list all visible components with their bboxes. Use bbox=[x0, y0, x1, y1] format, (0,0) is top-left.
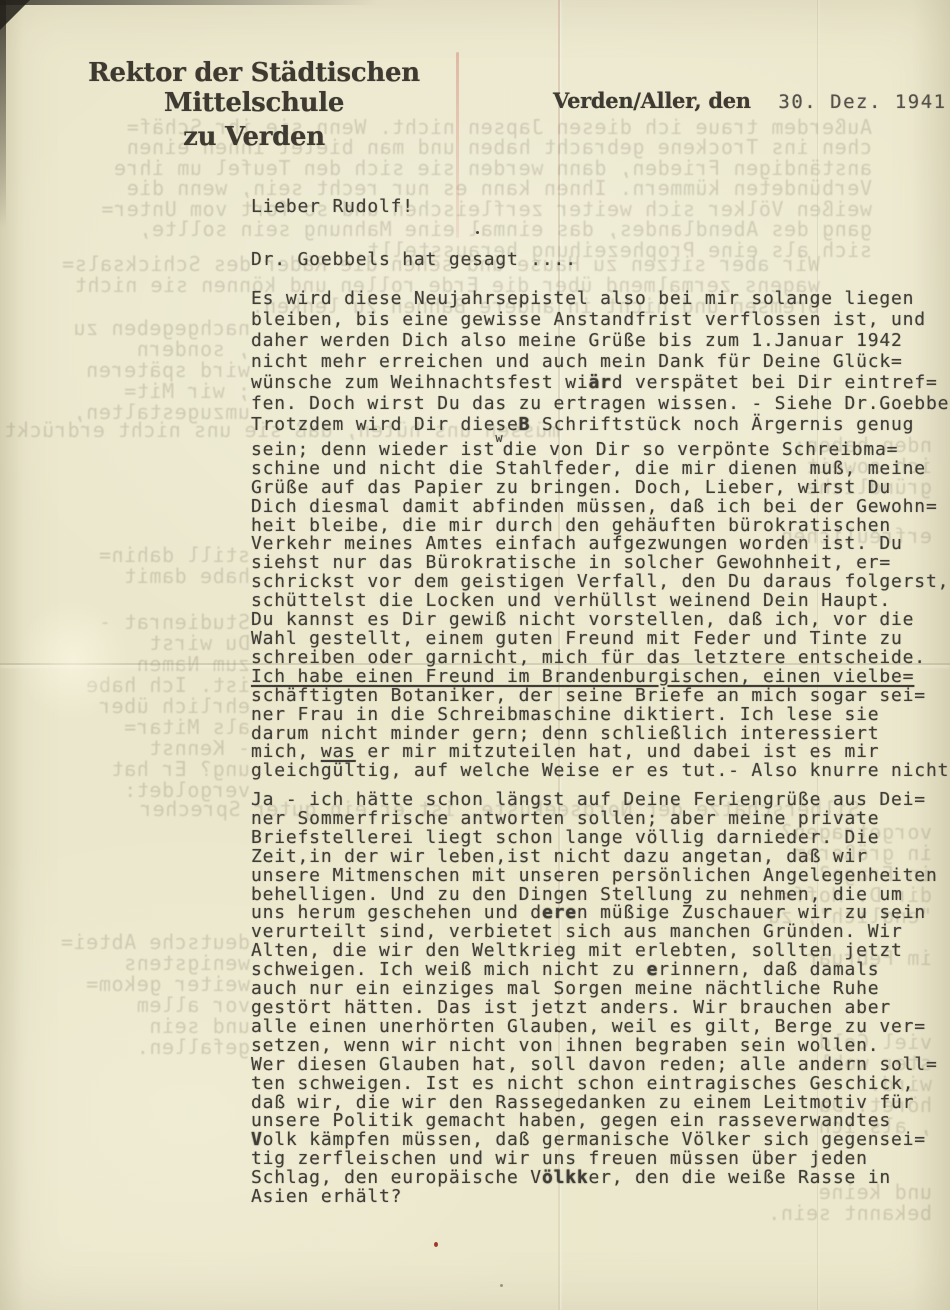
opening-line: Dr. Goebbels hat gesagt .... bbox=[251, 249, 577, 270]
typed-line: bleiben, bis eine gewisse Anstandfrist v… bbox=[251, 309, 950, 330]
bleed-text-fragment: weiter gekom= bbox=[86, 972, 250, 996]
paper-speck bbox=[500, 1284, 503, 1287]
date-line: Verden/Aller, den 30. Dez. 1941 bbox=[553, 88, 947, 113]
typed-date: 30. Dez. 1941 bbox=[778, 91, 946, 113]
typed-line: Asien erhält? bbox=[251, 1188, 938, 1207]
bleed-text-fragment: habe damit bbox=[124, 564, 250, 588]
bleed-text-fragment: und sein bbox=[149, 1014, 250, 1038]
bleed-text-fragment: ung? Er hat bbox=[111, 757, 250, 781]
typed-line: Es wird diese Neujahrsepistel also bei m… bbox=[251, 288, 950, 309]
bleed-text-fragment: als Mitar= bbox=[124, 715, 250, 739]
bleed-text-fragment: - Kennst bbox=[149, 736, 250, 760]
bleed-text-fragment: anständigen Frieden, dann werden sie sic… bbox=[114, 156, 872, 180]
bleed-text-fragment: , sondern bbox=[136, 337, 250, 361]
typed-line: ner Frau in die Schreibmaschine diktiert… bbox=[251, 706, 950, 725]
typed-line: gleichgültig, auf welche Weise er es tut… bbox=[251, 762, 950, 781]
paper-stain bbox=[18, 600, 128, 720]
bleed-text-fragment: ; wir Mit= bbox=[124, 379, 250, 403]
typed-line: fen. Doch wirst Du das zu ertragen wisse… bbox=[251, 393, 950, 414]
paragraph-2: Trotzdem wird Dir dieseB Schriftstück no… bbox=[251, 416, 950, 781]
letter-page: Außerdem traue ich diesen Japsen nicht. … bbox=[0, 0, 950, 1310]
bleed-text-fragment: nachgegeben zu bbox=[73, 316, 250, 340]
typed-line: unsere Mitmenschen mit unseren persönlic… bbox=[251, 867, 938, 886]
typed-line: alle einen unerhörten Glauben, weil es g… bbox=[251, 1018, 938, 1037]
typed-line: setzen, wenn wir nicht von ihnen begrabe… bbox=[251, 1037, 938, 1056]
bleed-text-fragment: Du wirst bbox=[149, 631, 250, 655]
red-ink-dot bbox=[434, 1242, 438, 1247]
pink-crease-mark bbox=[456, 52, 459, 238]
paragraph-3: Ja - ich hätte schon längst auf Deine Fe… bbox=[251, 791, 938, 1207]
letterhead-line2: zu Verden bbox=[68, 122, 440, 152]
place-date-label: Verden/Aller, den bbox=[553, 88, 751, 113]
bleed-text-fragment: still dahin= bbox=[98, 543, 250, 567]
bleed-text-fragment: wenigstens bbox=[124, 951, 250, 975]
typed-line: Ich habe einen Freund im Brandenburgisch… bbox=[251, 668, 950, 687]
stray-ink-dot bbox=[476, 231, 479, 234]
typed-line: schine und nicht die Stahlfeder, die mir… bbox=[251, 460, 950, 479]
typed-line: Briefstellerei liegt schon lange völlig … bbox=[251, 829, 938, 848]
letterhead-line1: Rektor der Städtischen Mittelschule bbox=[68, 58, 440, 118]
typed-line: wünsche zum Weihnachtsfest wiärd verspät… bbox=[251, 372, 950, 393]
typed-line: Dich diesmal damit abfinden müssen, daß … bbox=[251, 498, 950, 517]
typed-line: ner Sommerfrische antworten sollen; aber… bbox=[251, 810, 938, 829]
typed-line: ten schweigen. Ist es nicht schon eintra… bbox=[251, 1075, 938, 1094]
paper-edge-top bbox=[0, 0, 420, 5]
typed-line: Wer diesen Glauben hat, soll davon reden… bbox=[251, 1056, 938, 1075]
bleed-text-fragment: umzugestalten, bbox=[73, 400, 250, 424]
bleed-text-fragment: gang des Abendlandes, das einmal eine Ma… bbox=[139, 217, 872, 241]
salutation: Lieber Rudolf! bbox=[251, 196, 414, 217]
typed-line: sein; denn wieder istwdie von Dir so ver… bbox=[251, 435, 950, 460]
paragraph-1: Es wird diese Neujahrsepistel also bei m… bbox=[251, 288, 950, 414]
paper-edge-left bbox=[0, 0, 6, 240]
typed-line: schäftigten Botaniker, der seine Briefe … bbox=[251, 687, 950, 706]
typed-line: Zeit,in der wir leben,ist nicht dazu ang… bbox=[251, 848, 938, 867]
bleed-text-fragment: deutsche Abtei= bbox=[60, 930, 250, 954]
typed-line: Trotzdem wird Dir dieseB Schriftstück no… bbox=[251, 416, 950, 435]
letterhead: Rektor der Städtischen Mittelschule zu V… bbox=[68, 58, 440, 152]
typed-line: daher werden Dich also meine Grüße bis z… bbox=[251, 330, 950, 351]
bleed-text-fragment: vor allem bbox=[136, 993, 250, 1017]
bleed-text-fragment: vergoldet: bbox=[124, 778, 250, 802]
typed-line: Grüße auf das Papier zu bringen. Doch, L… bbox=[251, 479, 950, 498]
typed-line: nicht mehr erreichen und auch mein Dank … bbox=[251, 351, 950, 372]
bleed-text-fragment: Verbündeten kümmern. Ihnen kann es nur r… bbox=[126, 176, 872, 200]
bleed-text-fragment: weißen Völker sich weiter zerfleischen u… bbox=[101, 197, 872, 221]
bleed-text-fragment: gefallen. bbox=[136, 1035, 250, 1059]
bleed-text-fragment: wird späteren bbox=[86, 358, 250, 382]
bleed-text-fragment: ehrlich über bbox=[98, 694, 250, 718]
